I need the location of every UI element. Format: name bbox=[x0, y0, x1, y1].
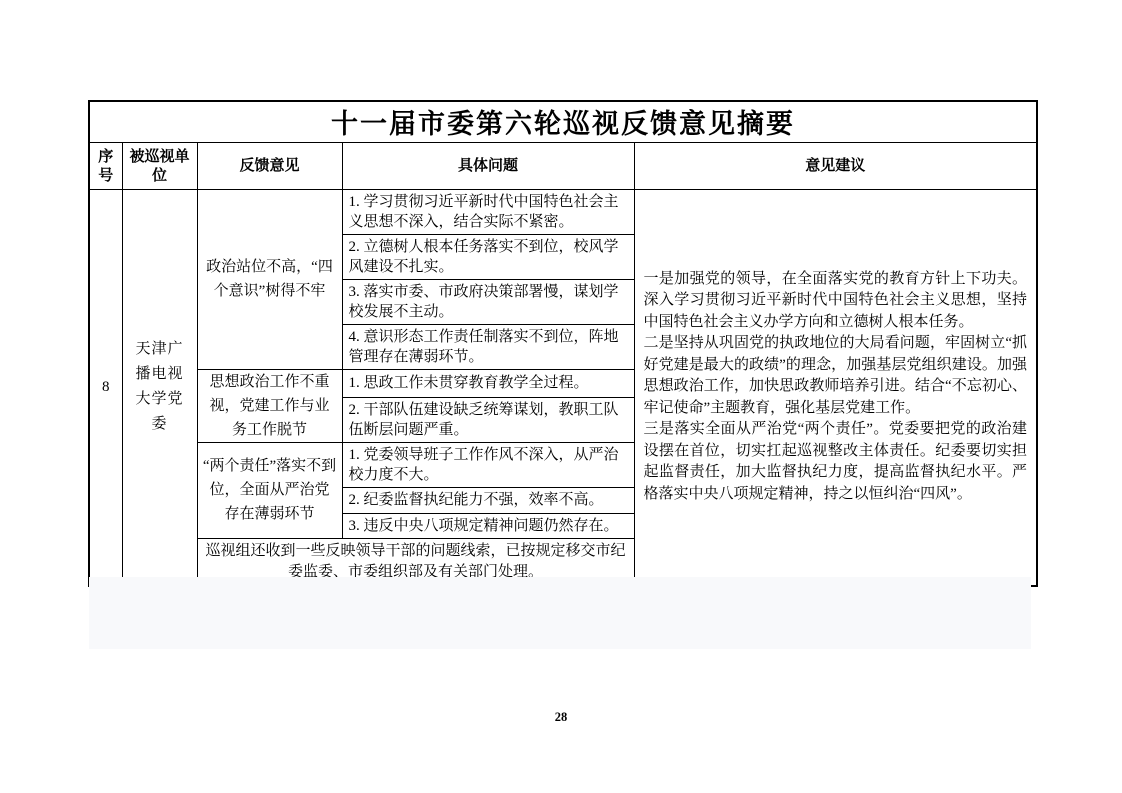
suggestions-cell: 一是加强党的领导，在全面落实党的教育方针上下功夫。深入学习贯彻习近平新时代中国特… bbox=[634, 189, 1037, 586]
issue-cell-3-2: 2. 纪委监督执纪能力不强，效率不高。 bbox=[342, 487, 634, 513]
col-header-unit: 被巡视单位 bbox=[122, 142, 197, 189]
issue-cell-2-2: 2. 干部队伍建设缺乏统筹谋划，教职工队伍断层问题严重。 bbox=[342, 397, 634, 442]
issue-cell-1-1: 1. 学习贯彻习近平新时代中国特色社会主义思想不深入，结合实际不紧密。 bbox=[342, 189, 634, 234]
feedback-cell-group3: “两个责任”落实不到位，全面从严治党存在薄弱环节 bbox=[197, 442, 342, 538]
suggestion-paragraph-1: 一是加强党的领导，在全面落实党的教育方针上下功夫。深入学习贯彻习近平新时代中国特… bbox=[644, 269, 1028, 334]
feedback-cell-group2: 思想政治工作不重视，党建工作与业务工作脱节 bbox=[197, 369, 342, 442]
issue-cell-1-4: 4. 意识形态工作责任制落实不到位，阵地管理存在薄弱环节。 bbox=[342, 324, 634, 369]
highlight-band bbox=[89, 577, 1031, 649]
seq-cell: 8 bbox=[89, 189, 122, 586]
page-number: 28 bbox=[0, 710, 1122, 725]
issue-cell-3-1: 1. 党委领导班子工作作风不深入，从严治校力度不大。 bbox=[342, 442, 634, 487]
suggestion-paragraph-3: 三是落实全面从严治党“两个责任”。党委要把党的政治建设摆在首位，切实扛起巡视整改… bbox=[644, 419, 1028, 505]
issue-cell-1-2: 2. 立德树人根本任务落实不到位，校风学风建设不扎实。 bbox=[342, 234, 634, 279]
table-header-row: 序号 被巡视单位 反馈意见 具体问题 意见建议 bbox=[89, 142, 1037, 189]
table-title: 十一届市委第六轮巡视反馈意见摘要 bbox=[89, 101, 1037, 142]
col-header-feedback: 反馈意见 bbox=[197, 142, 342, 189]
suggestion-paragraph-2: 二是坚持从巩固党的执政地位的大局看问题，牢固树立“抓好党建是最大的政绩”的理念，… bbox=[644, 333, 1028, 419]
issue-cell-1-3: 3. 落实市委、市政府决策部署慢，谋划学校发展不主动。 bbox=[342, 279, 634, 324]
issue-cell-2-1: 1. 思政工作未贯穿教育教学全过程。 bbox=[342, 369, 634, 397]
unit-cell: 天津广播电视大学党委 bbox=[122, 189, 197, 586]
document-page: 十一届市委第六轮巡视反馈意见摘要 序号 被巡视单位 反馈意见 具体问题 意见建议… bbox=[0, 0, 1122, 793]
col-header-issues: 具体问题 bbox=[342, 142, 634, 189]
col-header-suggestions: 意见建议 bbox=[634, 142, 1037, 189]
inspection-feedback-table: 十一届市委第六轮巡视反馈意见摘要 序号 被巡视单位 反馈意见 具体问题 意见建议… bbox=[88, 100, 1038, 587]
feedback-cell-group1: 政治站位不高，“四个意识”树得不牢 bbox=[197, 189, 342, 369]
issue-cell-3-3: 3. 违反中央八项规定精神问题仍然存在。 bbox=[342, 513, 634, 538]
col-header-seq: 序号 bbox=[89, 142, 122, 189]
table-row: 8 天津广播电视大学党委 政治站位不高，“四个意识”树得不牢 1. 学习贯彻习近… bbox=[89, 189, 1037, 234]
table-title-row: 十一届市委第六轮巡视反馈意见摘要 bbox=[89, 101, 1037, 142]
